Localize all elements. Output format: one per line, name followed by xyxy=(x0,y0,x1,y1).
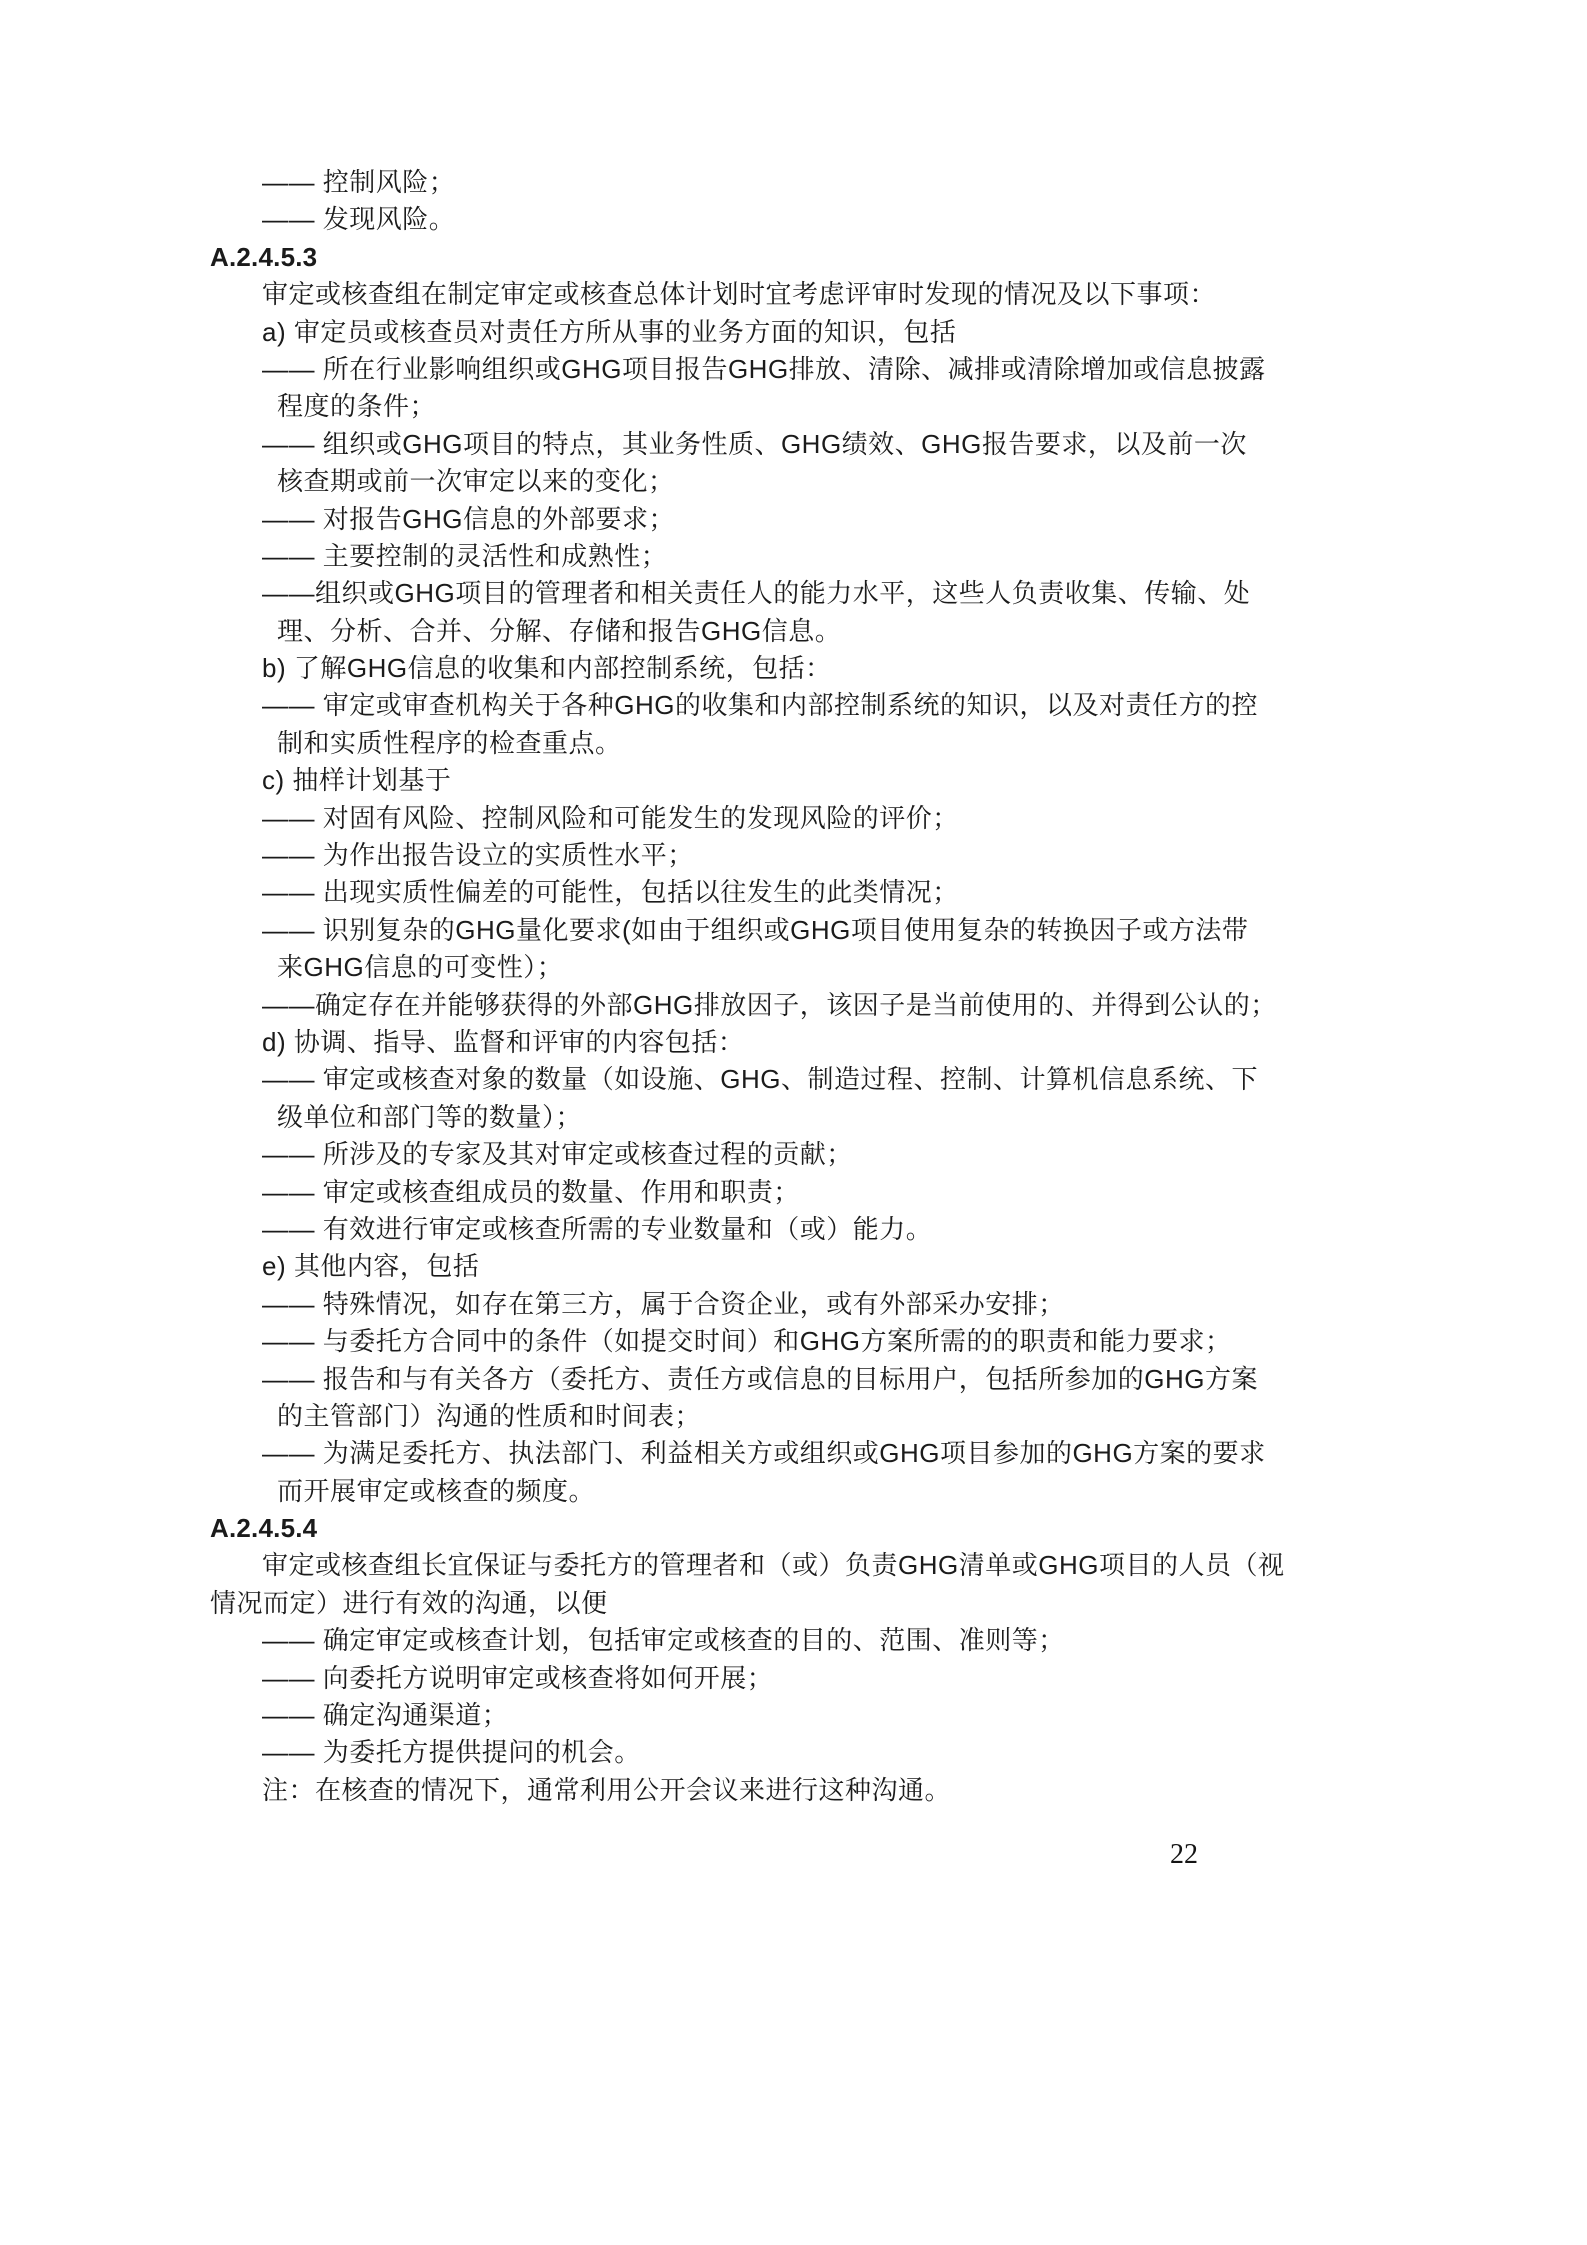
bullet-continuation-line: 程度的条件； xyxy=(210,388,1450,425)
dash-bullet-line: —— 确定审定或核查计划，包括审定或核查的目的、范围、准则等； xyxy=(210,1622,1450,1659)
dash-bullet-line: —— 为作出报告设立的实质性水平； xyxy=(210,837,1450,874)
dash-bullet-line: —— 向委托方说明审定或核查将如何开展； xyxy=(210,1660,1450,1697)
dash-bullet-line: —— 主要控制的灵活性和成熟性； xyxy=(210,538,1450,575)
section-heading: A.2.4.5.3 xyxy=(210,239,1450,276)
bullet-continuation-line: 来GHG信息的可变性）； xyxy=(210,949,1450,986)
dash-bullet-line: —— 确定沟通渠道； xyxy=(210,1697,1450,1734)
dash-bullet-line: —— 为满足委托方、执法部门、利益相关方或组织或GHG项目参加的GHG方案的要求 xyxy=(210,1435,1450,1472)
bullet-continuation-line: 核查期或前一次审定以来的变化； xyxy=(210,463,1450,500)
paragraph-first-line: 审定或核查组在制定审定或核查总体计划时宜考虑评审时发现的情况及以下事项： xyxy=(210,276,1450,313)
dash-bullet-line: ——组织或GHG项目的管理者和相关责任人的能力水平，这些人负责收集、传输、处 xyxy=(210,575,1450,612)
lettered-item-line: a) 审定员或核查员对责任方所从事的业务方面的知识，包括 xyxy=(210,314,1450,351)
dash-bullet-line: —— 所涉及的专家及其对审定或核查过程的贡献； xyxy=(210,1136,1450,1173)
dash-bullet-line: —— 审定或审查机构关于各种GHG的收集和内部控制系统的知识，以及对责任方的控 xyxy=(210,687,1450,724)
document-page: —— 控制风险；—— 发现风险。A.2.4.5.3审定或核查组在制定审定或核查总… xyxy=(0,0,1587,2245)
bullet-continuation-line: 的主管部门）沟通的性质和时间表； xyxy=(210,1398,1450,1435)
page-number: 22 xyxy=(1170,1840,1198,1870)
lettered-item-line: d) 协调、指导、监督和评审的内容包括： xyxy=(210,1024,1450,1061)
dash-bullet-line: —— 发现风险。 xyxy=(210,201,1450,238)
dash-bullet-line: —— 出现实质性偏差的可能性，包括以往发生的此类情况； xyxy=(210,874,1450,911)
dash-bullet-line: —— 与委托方合同中的条件（如提交时间）和GHG方案所需的的职责和能力要求； xyxy=(210,1323,1450,1360)
section-heading: A.2.4.5.4 xyxy=(210,1510,1450,1547)
paragraph-continuation-line: 情况而定）进行有效的沟通，以便 xyxy=(210,1585,1450,1622)
paragraph-first-line: 审定或核查组长宜保证与委托方的管理者和（或）负责GHG清单或GHG项目的人员（视 xyxy=(210,1547,1450,1584)
bullet-continuation-line: 而开展审定或核查的频度。 xyxy=(210,1473,1450,1510)
dash-bullet-line: —— 为委托方提供提问的机会。 xyxy=(210,1734,1450,1771)
bullet-continuation-line: 制和实质性程序的检查重点。 xyxy=(210,725,1450,762)
dash-bullet-line: —— 对报告GHG信息的外部要求； xyxy=(210,501,1450,538)
lettered-item-line: e) 其他内容，包括 xyxy=(210,1248,1450,1285)
dash-bullet-line: ——确定存在并能够获得的外部GHG排放因子，该因子是当前使用的、并得到公认的； xyxy=(210,987,1450,1024)
document-body: —— 控制风险；—— 发现风险。A.2.4.5.3审定或核查组在制定审定或核查总… xyxy=(210,164,1450,1809)
dash-bullet-line: —— 所在行业影响组织或GHG项目报告GHG排放、清除、减排或清除增加或信息披露 xyxy=(210,351,1450,388)
bullet-continuation-line: 级单位和部门等的数量）； xyxy=(210,1099,1450,1136)
dash-bullet-line: —— 识别复杂的GHG量化要求(如由于组织或GHG项目使用复杂的转换因子或方法带 xyxy=(210,912,1450,949)
dash-bullet-line: —— 控制风险； xyxy=(210,164,1450,201)
note-line: 注：在核查的情况下，通常利用公开会议来进行这种沟通。 xyxy=(210,1772,1450,1809)
lettered-item-line: b) 了解GHG信息的收集和内部控制系统，包括： xyxy=(210,650,1450,687)
dash-bullet-line: —— 审定或核查对象的数量（如设施、GHG、制造过程、控制、计算机信息系统、下 xyxy=(210,1061,1450,1098)
dash-bullet-line: —— 组织或GHG项目的特点，其业务性质、GHG绩效、GHG报告要求，以及前一次 xyxy=(210,426,1450,463)
dash-bullet-line: —— 报告和与有关各方（委托方、责任方或信息的目标用户，包括所参加的GHG方案 xyxy=(210,1361,1450,1398)
dash-bullet-line: —— 审定或核查组成员的数量、作用和职责； xyxy=(210,1174,1450,1211)
lettered-item-line: c) 抽样计划基于 xyxy=(210,762,1450,799)
dash-bullet-line: —— 有效进行审定或核查所需的专业数量和（或）能力。 xyxy=(210,1211,1450,1248)
dash-bullet-line: —— 特殊情况，如存在第三方，属于合资企业，或有外部采办安排； xyxy=(210,1286,1450,1323)
dash-bullet-line: —— 对固有风险、控制风险和可能发生的发现风险的评价； xyxy=(210,800,1450,837)
bullet-continuation-line: 理、分析、合并、分解、存储和报告GHG信息。 xyxy=(210,613,1450,650)
